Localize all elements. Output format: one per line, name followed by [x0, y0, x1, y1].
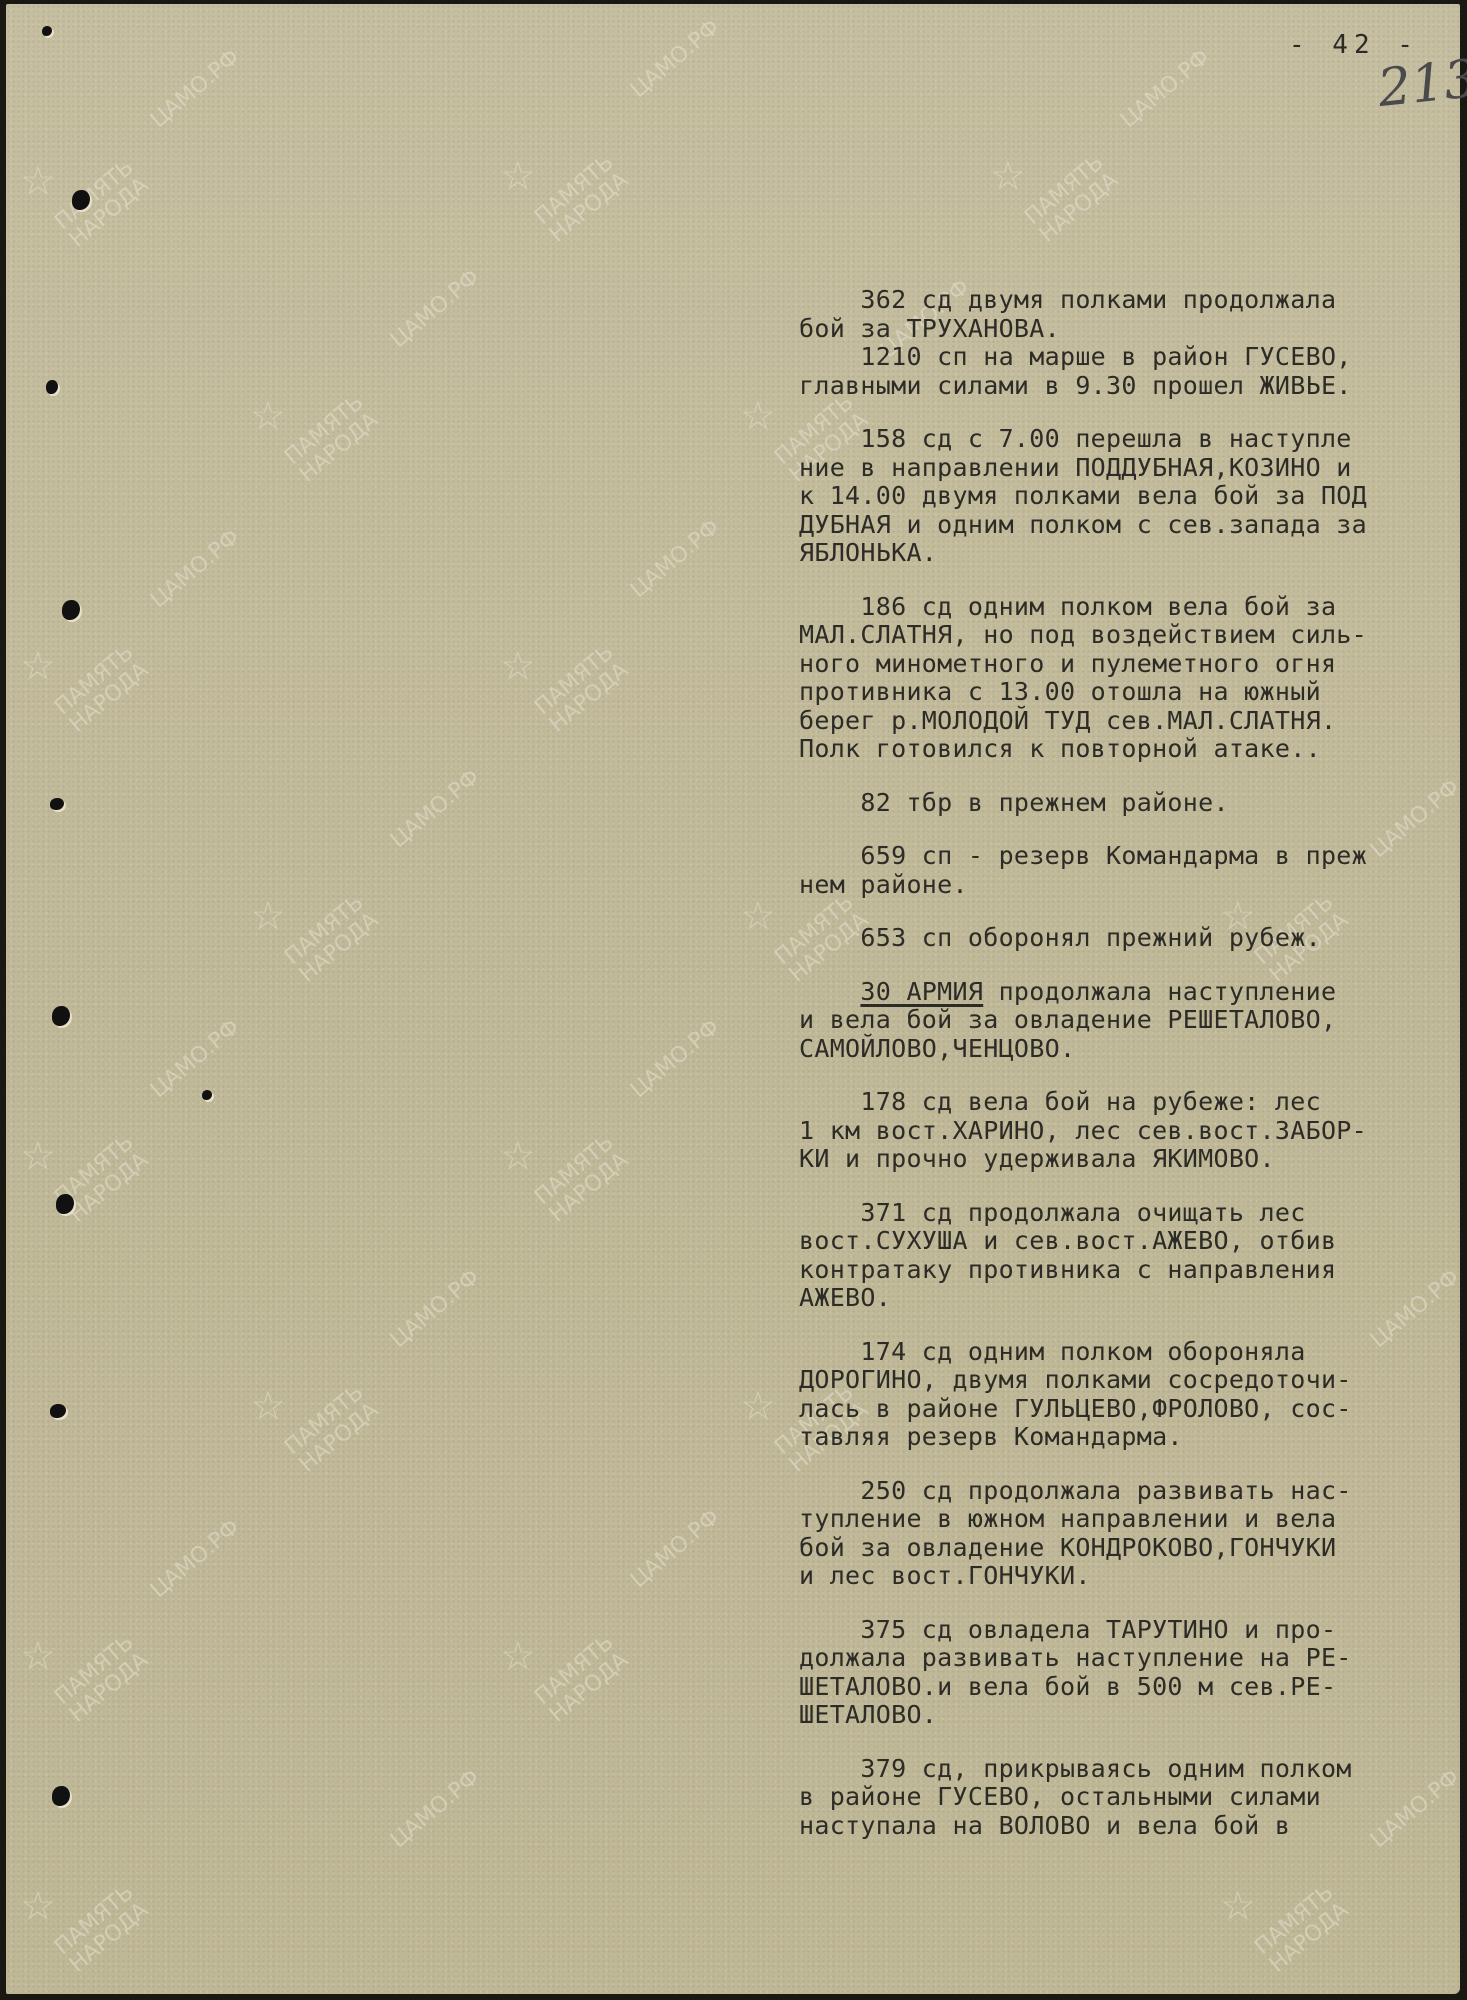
text-line: 362 сд двумя полками продолжала — [799, 286, 1439, 315]
paragraph-158-division: 158 сд с 7.00 перешла в наступле ние в н… — [799, 425, 1439, 568]
text-line: лась в районе ГУЛЬЦЕВО,ФРОЛОВО, сос- — [799, 1395, 1439, 1424]
star-icon: ☆ — [500, 1145, 608, 1168]
archive-sheet-number: 213 — [1375, 49, 1467, 119]
text-line: к 14.00 двумя полками вела бой за ПОД — [799, 482, 1439, 511]
text-line: 82 тбр в прежнем районе. — [799, 789, 1439, 818]
text-line: 178 сд вела бой на рубеже: лес — [799, 1088, 1439, 1117]
text-line: тупление в южном направлении и вела — [799, 1505, 1439, 1534]
binding-hole — [52, 1006, 70, 1026]
page-number: - 42 - — [1289, 30, 1419, 60]
text-line: КИ и прочно удерживала ЯКИМОВО. — [799, 1145, 1439, 1174]
star-icon: ☆ — [990, 165, 1098, 188]
watermark-project: ☆ПАМЯТЬНАРОДА — [1236, 1863, 1353, 1977]
star-icon: ☆ — [250, 1395, 358, 1418]
paragraph-362-division: 362 сд двумя полками продолжала бой за Т… — [799, 286, 1439, 400]
paragraph-82-brigade: 82 тбр в прежнем районе. — [799, 789, 1439, 818]
watermark-project: ☆ПАМЯТЬНАРОДА — [266, 373, 383, 487]
text-line: 250 сд продолжала развивать нас- — [799, 1477, 1439, 1506]
text-line: МАЛ.СЛАТНЯ, но под воздействием силь- — [799, 621, 1439, 650]
star-icon: ☆ — [250, 405, 358, 428]
star-icon: ☆ — [500, 655, 608, 678]
text-line: берег р.МОЛОДОЙ ТУД сев.МАЛ.СЛАТНЯ. — [799, 707, 1439, 736]
text-line: ДУБНАЯ и одним полком с сев.запада за — [799, 511, 1439, 540]
text-line: ЯБЛОНЬКА. — [799, 539, 1439, 568]
star-icon: ☆ — [20, 1895, 128, 1918]
star-icon: ☆ — [20, 655, 128, 678]
watermark-project: ☆ПАМЯТЬНАРОДА — [36, 623, 153, 737]
text-line: 659 сп - резерв Командарма в преж — [799, 842, 1439, 871]
watermark-archive: ЦАМО.РФ — [626, 1015, 725, 1103]
binding-hole — [202, 1090, 212, 1100]
text-line: Полк готовился к повторной атаке.. — [799, 735, 1439, 764]
watermark-project: ☆ПАМЯТЬНАРОДА — [36, 138, 153, 252]
paragraph-371-division: 371 сд продолжала очищать лес вост.СУХУШ… — [799, 1199, 1439, 1313]
star-icon: ☆ — [500, 165, 608, 188]
text-line: должала развивать наступление на РЕ- — [799, 1644, 1439, 1673]
watermark-project: ☆ПАМЯТЬНАРОДА — [266, 873, 383, 987]
watermark-project: ☆ПАМЯТЬНАРОДА — [516, 1613, 633, 1727]
watermark-archive: ЦАМО.РФ — [146, 45, 245, 133]
text-line: 174 сд одним полком обороняла — [799, 1338, 1439, 1367]
binding-hole — [56, 1194, 74, 1214]
text-line: наступала на ВОЛОВО и вела бой в — [799, 1812, 1439, 1841]
binding-hole — [46, 380, 58, 394]
text-line: ного минометного и пулеметного огня — [799, 650, 1439, 679]
text-line: главными силами в 9.30 прошел ЖИВЬЕ. — [799, 372, 1439, 401]
watermark-project: ☆ПАМЯТЬНАРОДА — [516, 623, 633, 737]
watermark-archive: ЦАМО.РФ — [146, 525, 245, 613]
text-line: и вела бой за овладение РЕШЕТАЛОВО, — [799, 1006, 1439, 1035]
text-line: 375 сд овладела ТАРУТИНО и про- — [799, 1616, 1439, 1645]
army-heading: 30 АРМИЯ — [860, 977, 983, 1006]
text-line: ШЕТАЛОВО.и вела бой в 500 м сев.РЕ- — [799, 1673, 1439, 1702]
text-line: 379 сд, прикрываясь одним полком — [799, 1755, 1439, 1784]
paragraph-379-division: 379 сд, прикрываясь одним полком в район… — [799, 1755, 1439, 1841]
text-line: и лес вост.ГОНЧУКИ. — [799, 1562, 1439, 1591]
text-line: 1210 сп на марше в район ГУСЕВО, — [799, 343, 1439, 372]
paragraph-174-division: 174 сд одним полком обороняла ДОРОГИНО, … — [799, 1338, 1439, 1452]
text-line: 186 сд одним полком вела бой за — [799, 593, 1439, 622]
text-line: 158 сд с 7.00 перешла в наступле — [799, 425, 1439, 454]
text-line: 653 сп оборонял прежний рубеж. — [799, 924, 1439, 953]
star-icon: ☆ — [1220, 1895, 1328, 1918]
text-line: тавляя резерв Командарма. — [799, 1423, 1439, 1452]
star-icon: ☆ — [500, 1645, 608, 1668]
star-icon: ☆ — [20, 170, 128, 193]
watermark-archive: ЦАМО.РФ — [146, 1015, 245, 1103]
paragraph-250-division: 250 сд продолжала развивать нас- туплени… — [799, 1477, 1439, 1591]
binding-hole — [42, 26, 52, 36]
watermark-archive: ЦАМО.РФ — [386, 265, 485, 353]
paragraph-178-division: 178 сд вела бой на рубеже: лес 1 км вост… — [799, 1088, 1439, 1174]
star-icon: ☆ — [20, 1145, 128, 1168]
binding-hole — [50, 1404, 66, 1418]
text-line: бой за овладение КОНДРОКОВО,ГОНЧУКИ — [799, 1534, 1439, 1563]
text-line: бой за ТРУХАНОВА. — [799, 315, 1439, 344]
text-line: 30 АРМИЯ продолжала наступление — [799, 978, 1439, 1007]
document-body: 362 сд двумя полками продолжала бой за Т… — [799, 286, 1439, 1865]
binding-hole — [52, 1786, 70, 1806]
army-heading-rest: продолжала наступление — [983, 977, 1336, 1006]
text-line: 1 км вост.ХАРИНО, лес сев.вост.ЗАБОР- — [799, 1117, 1439, 1146]
watermark-archive: ЦАМО.РФ — [626, 15, 725, 103]
text-line: САМОЙЛОВО,ЧЕНЦОВО. — [799, 1035, 1439, 1064]
text-line: нем районе. — [799, 871, 1439, 900]
text-line: ние в направлении ПОДДУБНАЯ,КОЗИНО и — [799, 454, 1439, 483]
watermark-archive: ЦАМО.РФ — [626, 515, 725, 603]
watermark-project: ☆ПАМЯТЬНАРОДА — [266, 1363, 383, 1477]
text-line: 371 сд продолжала очищать лес — [799, 1199, 1439, 1228]
watermark-project: ☆ПАМЯТЬНАРОДА — [1006, 133, 1123, 247]
text-line: контратаку противника с направления — [799, 1256, 1439, 1285]
document-page: ЦАМО.РФ ЦАМО.РФ ЦАМО.РФ ☆ПАМЯТЬНАРОДА ☆П… — [6, 4, 1460, 1994]
paragraph-186-division: 186 сд одним полком вела бой за МАЛ.СЛАТ… — [799, 593, 1439, 764]
star-icon: ☆ — [250, 905, 358, 928]
paragraph-659-regiment: 659 сп - резерв Командарма в преж нем ра… — [799, 842, 1439, 899]
watermark-project: ☆ПАМЯТЬНАРОДА — [36, 1613, 153, 1727]
watermark-archive: ЦАМО.РФ — [146, 1515, 245, 1603]
binding-hole — [72, 190, 90, 210]
binding-hole — [50, 798, 64, 810]
text-line: ШЕТАЛОВО. — [799, 1701, 1439, 1730]
text-line: в районе ГУСЕВО, остальными силами — [799, 1783, 1439, 1812]
watermark-archive: ЦАМО.РФ — [386, 1765, 485, 1853]
text-line: вост.СУХУША и сев.вост.АЖЕВО, отбив — [799, 1227, 1439, 1256]
text-line: противника с 13.00 отошла на южный — [799, 678, 1439, 707]
paragraph-30-army: 30 АРМИЯ продолжала наступление и вела б… — [799, 978, 1439, 1064]
text-line: АЖЕВО. — [799, 1284, 1439, 1313]
watermark-archive: ЦАМО.РФ — [386, 765, 485, 853]
watermark-archive: ЦАМО.РФ — [1116, 45, 1215, 133]
watermark-archive: ЦАМО.РФ — [626, 1505, 725, 1593]
text-line: ДОРОГИНО, двумя полками сосредоточи- — [799, 1366, 1439, 1395]
paragraph-653-regiment: 653 сп оборонял прежний рубеж. — [799, 924, 1439, 953]
watermark-project: ☆ПАМЯТЬНАРОДА — [516, 1113, 633, 1227]
watermark-project: ☆ПАМЯТЬНАРОДА — [36, 1863, 153, 1977]
star-icon: ☆ — [20, 1645, 128, 1668]
watermark-project: ☆ПАМЯТЬНАРОДА — [516, 133, 633, 247]
watermark-project: ☆ПАМЯТЬНАРОДА — [36, 1113, 153, 1227]
watermark-archive: ЦАМО.РФ — [386, 1265, 485, 1353]
paragraph-375-division: 375 сд овладела ТАРУТИНО и про- должала … — [799, 1616, 1439, 1730]
binding-hole — [62, 600, 80, 620]
